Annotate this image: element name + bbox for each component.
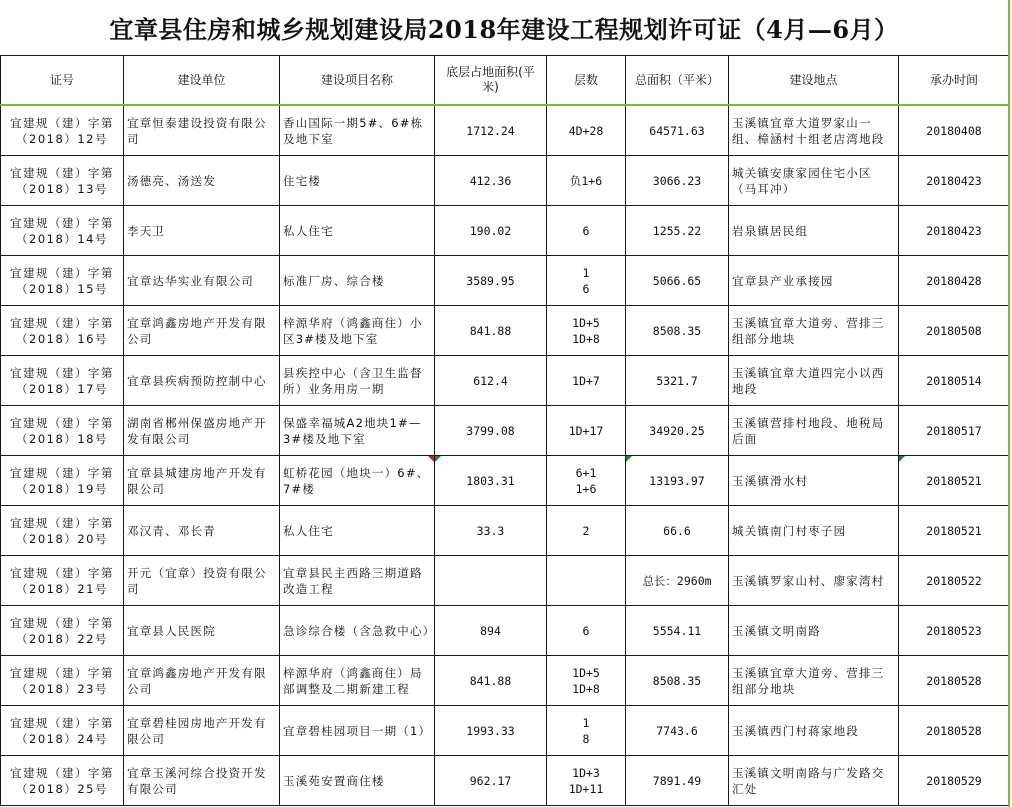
construction-unit-cell[interactable]: 李天卫 xyxy=(124,206,280,256)
base-area-cell[interactable]: 841.88 xyxy=(435,306,547,356)
permit-number-suffix: （2018）20号 xyxy=(4,531,120,547)
permit-number-prefix: 宜建规（建）字第 xyxy=(4,465,120,481)
permit-number-prefix: 宜建规（建）字第 xyxy=(4,265,120,281)
project-name-text: 宜章碧桂园项目一期（1） xyxy=(283,724,431,738)
permit-number-suffix: （2018）17号 xyxy=(4,381,120,397)
location-cell[interactable]: 玉溪镇文明南路与广发路交汇处 xyxy=(729,756,899,806)
base-area-cell[interactable]: 962.17 xyxy=(435,756,547,806)
project-name-cell[interactable]: 宜章碧桂园项目一期（1） xyxy=(280,706,435,756)
construction-unit-cell[interactable]: 湖南省郴州保盛房地产开发有限公司 xyxy=(124,406,280,456)
permit-number-prefix: 宜建规（建）字第 xyxy=(4,665,120,681)
date-cell[interactable]: 20180529 xyxy=(899,756,1010,806)
table-row: 宜建规（建）字第（2018）24号宜章碧桂园房地产开发有限公司宜章碧桂园项目一期… xyxy=(1,706,1010,756)
table-row: 宜建规（建）字第（2018）25号宜章玉溪河综合投资开发有限公司玉溪苑安置商住楼… xyxy=(1,756,1010,806)
permit-number-cell[interactable]: 宜建规（建）字第（2018）18号 xyxy=(1,406,124,456)
header-construction-unit: 建设单位 xyxy=(124,56,280,106)
location-cell[interactable]: 玉溪镇罗家山村、廖家湾村 xyxy=(729,556,899,606)
comment-indicator-icon[interactable] xyxy=(428,456,434,462)
location-cell[interactable]: 宜章县产业承接园 xyxy=(729,256,899,306)
project-name-cell[interactable]: 虹桥花园（地块一）6#、7#楼 xyxy=(280,456,435,506)
floors-line-1: 1D+3 xyxy=(550,765,622,781)
construction-unit-cell[interactable]: 宜章恒泰建设投资有限公司 xyxy=(124,105,280,156)
floors-line-1: 6 xyxy=(550,223,622,239)
project-name-text: 保盛幸福城A2地块1#—3#楼及地下室 xyxy=(283,416,422,446)
project-name-text: 私人住宅 xyxy=(283,524,334,538)
permit-number-suffix: （2018）23号 xyxy=(4,681,120,697)
permit-number-prefix: 宜建规（建）字第 xyxy=(4,315,120,331)
total-area-cell[interactable]: 3066.23 xyxy=(626,156,729,206)
table-row: 宜建规（建）字第（2018）22号宜章县人民医院急诊综合楼（含急救中心）8946… xyxy=(1,606,1010,656)
table-row: 宜建规（建）字第（2018）13号汤德亮、汤送发住宅楼412.36负1+6306… xyxy=(1,156,1010,206)
location-cell[interactable]: 玉溪镇宜章大道旁、营排三组部分地块 xyxy=(729,656,899,706)
total-area-cell[interactable]: 34920.25 xyxy=(626,406,729,456)
permit-table: 证号 建设单位 建设项目名称 底层占地面积(平米) 层数 总面积（平米） 建设地… xyxy=(0,55,1010,806)
permit-number-cell[interactable]: 宜建规（建）字第（2018）21号 xyxy=(1,556,124,606)
date-cell[interactable]: 20180521 xyxy=(899,506,1010,556)
floors-cell[interactable]: 16 xyxy=(547,256,626,306)
location-cell[interactable]: 玉溪镇文明南路 xyxy=(729,606,899,656)
table-row: 宜建规（建）字第（2018）16号宜章鸿鑫房地产开发有限公司梓源华府（鸿鑫商住）… xyxy=(1,306,1010,356)
construction-unit-cell[interactable]: 宜章鸿鑫房地产开发有限公司 xyxy=(124,306,280,356)
date-cell[interactable]: 20180428 xyxy=(899,256,1010,306)
floors-line-1: 1D+17 xyxy=(550,423,622,439)
project-name-text: 县疾控中心（含卫生监督所）业务用房一期 xyxy=(283,366,423,396)
permit-number-cell[interactable]: 宜建规（建）字第（2018）13号 xyxy=(1,156,124,206)
construction-unit-cell[interactable]: 宜章玉溪河综合投资开发有限公司 xyxy=(124,756,280,806)
floors-line-1: 负1+6 xyxy=(550,173,622,189)
project-name-text: 宜章县民主西路三期道路改造工程 xyxy=(283,566,423,596)
permit-number-prefix: 宜建规（建）字第 xyxy=(4,715,120,731)
construction-unit-cell[interactable]: 开元（宜章）投资有限公司 xyxy=(124,556,280,606)
floors-line-1: 1D+5 xyxy=(550,665,622,681)
table-row: 宜建规（建）字第（2018）20号邓汉青、邓长青私人住宅33.3266.6城关镇… xyxy=(1,506,1010,556)
floors-cell[interactable]: 2 xyxy=(547,506,626,556)
permit-number-prefix: 宜建规（建）字第 xyxy=(4,365,120,381)
location-cell[interactable]: 玉溪镇滑水村 xyxy=(729,456,899,506)
location-cell[interactable]: 城关镇南门村枣子园 xyxy=(729,506,899,556)
permit-number-cell[interactable]: 宜建规（建）字第（2018）14号 xyxy=(1,206,124,256)
construction-unit-cell[interactable]: 宜章县人民医院 xyxy=(124,606,280,656)
project-name-text: 私人住宅 xyxy=(283,224,334,238)
permit-number-cell[interactable]: 宜建规（建）字第（2018）24号 xyxy=(1,706,124,756)
permit-number-cell[interactable]: 宜建规（建）字第（2018）23号 xyxy=(1,656,124,706)
date-cell[interactable]: 20180521 xyxy=(899,456,1010,506)
construction-unit-cell[interactable]: 邓汉青、邓长青 xyxy=(124,506,280,556)
permit-number-suffix: （2018）15号 xyxy=(4,281,120,297)
base-area-cell[interactable]: 3799.08 xyxy=(435,406,547,456)
total-area-cell[interactable]: 总长：2960m xyxy=(626,556,729,606)
permit-number-suffix: （2018）22号 xyxy=(4,631,120,647)
project-name-text: 虹桥花园（地块一）6#、7#楼 xyxy=(283,466,429,496)
date-cell[interactable]: 20180514 xyxy=(899,356,1010,406)
permit-number-prefix: 宜建规（建）字第 xyxy=(4,515,120,531)
location-cell[interactable]: 玉溪镇营排村地段、地税局后面 xyxy=(729,406,899,456)
permit-number-cell[interactable]: 宜建规（建）字第（2018）12号 xyxy=(1,105,124,156)
base-area-cell[interactable]: 1712.24 xyxy=(435,105,547,156)
project-name-cell[interactable]: 急诊综合楼（含急救中心） xyxy=(280,606,435,656)
permit-number-suffix: （2018）16号 xyxy=(4,331,120,347)
header-base-area: 底层占地面积(平米) xyxy=(435,56,547,106)
sheet-right-border xyxy=(1008,0,1010,807)
document-title: 宜章县住房和城乡规划建设局2018年建设工程规划许可证（4月—6月） xyxy=(0,0,1008,55)
date-cell[interactable]: 20180423 xyxy=(899,156,1010,206)
floors-cell[interactable]: 6 xyxy=(547,206,626,256)
date-cell[interactable]: 20180408 xyxy=(899,105,1010,156)
table-row: 宜建规（建）字第（2018）15号宜章达华实业有限公司标准厂房、综合楼3589.… xyxy=(1,256,1010,306)
header-floors: 层数 xyxy=(547,56,626,106)
floors-line-1: 4D+28 xyxy=(550,123,622,139)
floors-cell[interactable]: 1D+7 xyxy=(547,356,626,406)
floors-line-2: 1D+8 xyxy=(550,331,622,347)
floors-cell[interactable]: 1D+51D+8 xyxy=(547,656,626,706)
floors-cell[interactable]: 6+11+6 xyxy=(547,456,626,506)
floors-cell[interactable]: 18 xyxy=(547,706,626,756)
table-row: 宜建规（建）字第（2018）18号湖南省郴州保盛房地产开发有限公司保盛幸福城A2… xyxy=(1,406,1010,456)
base-area-cell[interactable]: 190.02 xyxy=(435,206,547,256)
permit-number-suffix: （2018）12号 xyxy=(4,131,120,147)
floors-line-2: 8 xyxy=(550,731,622,747)
project-name-cell[interactable]: 保盛幸福城A2地块1#—3#楼及地下室 xyxy=(280,406,435,456)
table-row: 宜建规（建）字第（2018）23号宜章鸿鑫房地产开发有限公司梓源华府（鸿鑫商住）… xyxy=(1,656,1010,706)
base-area-cell[interactable]: 894 xyxy=(435,606,547,656)
location-cell[interactable]: 玉溪镇宜章大道旁、营排三组部分地块 xyxy=(729,306,899,356)
base-area-cell[interactable]: 1803.31 xyxy=(435,456,547,506)
date-cell[interactable]: 20180508 xyxy=(899,306,1010,356)
permit-number-prefix: 宜建规（建）字第 xyxy=(4,565,120,581)
floors-line-1: 1 xyxy=(550,715,622,731)
base-area-cell[interactable]: 3589.95 xyxy=(435,256,547,306)
permit-number-cell[interactable]: 宜建规（建）字第（2018）25号 xyxy=(1,756,124,806)
construction-unit-cell[interactable]: 宜章鸿鑫房地产开发有限公司 xyxy=(124,656,280,706)
floors-line-1: 6 xyxy=(550,623,622,639)
floors-cell[interactable]: 4D+28 xyxy=(547,105,626,156)
permit-number-suffix: （2018）25号 xyxy=(4,781,120,797)
permit-number-cell[interactable]: 宜建规（建）字第（2018）17号 xyxy=(1,356,124,406)
floors-line-1: 1D+7 xyxy=(550,373,622,389)
project-name-cell[interactable]: 私人住宅 xyxy=(280,206,435,256)
error-indicator-icon[interactable] xyxy=(899,456,905,462)
date-cell[interactable]: 20180528 xyxy=(899,706,1010,756)
project-name-text: 住宅楼 xyxy=(283,174,321,188)
project-name-cell[interactable]: 宜章县民主西路三期道路改造工程 xyxy=(280,556,435,606)
floors-line-2: 1D+11 xyxy=(550,781,622,797)
floors-cell[interactable]: 负1+6 xyxy=(547,156,626,206)
permit-number-prefix: 宜建规（建）字第 xyxy=(4,165,120,181)
project-name-cell[interactable]: 住宅楼 xyxy=(280,156,435,206)
floors-line-2: 1D+8 xyxy=(550,681,622,697)
permit-number-suffix: （2018）18号 xyxy=(4,431,120,447)
permit-number-suffix: （2018）13号 xyxy=(4,181,120,197)
date-cell[interactable]: 20180517 xyxy=(899,406,1010,456)
total-area-cell[interactable]: 13193.97 xyxy=(626,456,729,506)
date-cell[interactable]: 20180423 xyxy=(899,206,1010,256)
construction-unit-cell[interactable]: 汤德亮、汤送发 xyxy=(124,156,280,206)
total-area-cell[interactable]: 8508.35 xyxy=(626,656,729,706)
table-row: 宜建规（建）字第（2018）14号李天卫私人住宅190.0261255.22岩泉… xyxy=(1,206,1010,256)
base-area-cell[interactable]: 412.36 xyxy=(435,156,547,206)
permit-number-cell[interactable]: 宜建规（建）字第（2018）15号 xyxy=(1,256,124,306)
error-indicator-icon[interactable] xyxy=(626,456,632,462)
total-area-cell[interactable]: 7743.6 xyxy=(626,706,729,756)
project-name-text: 急诊综合楼（含急救中心） xyxy=(283,624,435,638)
base-area-cell[interactable]: 841.88 xyxy=(435,656,547,706)
base-area-cell[interactable] xyxy=(435,556,547,606)
permit-number-prefix: 宜建规（建）字第 xyxy=(4,415,120,431)
location-cell[interactable]: 岩泉镇居民组 xyxy=(729,206,899,256)
total-area-cell[interactable]: 8508.35 xyxy=(626,306,729,356)
floors-line-2: 6 xyxy=(550,281,622,297)
project-name-text: 梓源华府（鸿鑫商住）小区3#楼及地下室 xyxy=(283,316,423,346)
date-cell[interactable]: 20180528 xyxy=(899,656,1010,706)
construction-unit-cell[interactable]: 宜章碧桂园房地产开发有限公司 xyxy=(124,706,280,756)
location-cell[interactable]: 玉溪镇西门村蒋家地段 xyxy=(729,706,899,756)
project-name-cell[interactable]: 梓源华府（鸿鑫商住）小区3#楼及地下室 xyxy=(280,306,435,356)
table-header-row: 证号 建设单位 建设项目名称 底层占地面积(平米) 层数 总面积（平米） 建设地… xyxy=(1,56,1010,106)
permit-number-prefix: 宜建规（建）字第 xyxy=(4,765,120,781)
project-name-cell[interactable]: 梓源华府（鸿鑫商住）局部调整及二期新建工程 xyxy=(280,656,435,706)
permit-number-cell[interactable]: 宜建规（建）字第（2018）19号 xyxy=(1,456,124,506)
total-area-cell[interactable]: 1255.22 xyxy=(626,206,729,256)
base-area-cell[interactable]: 1993.33 xyxy=(435,706,547,756)
header-location: 建设地点 xyxy=(729,56,899,106)
project-name-text: 标准厂房、综合楼 xyxy=(283,274,385,288)
permit-number-prefix: 宜建规（建）字第 xyxy=(4,115,120,131)
floors-line-1: 6+1 xyxy=(550,465,622,481)
permit-number-cell[interactable]: 宜建规（建）字第（2018）16号 xyxy=(1,306,124,356)
total-area-cell[interactable]: 5554.11 xyxy=(626,606,729,656)
floors-line-1: 1 xyxy=(550,265,622,281)
project-name-text: 香山国际一期5#、6#栋及地下室 xyxy=(283,116,423,146)
table-row: 宜建规（建）字第（2018）17号宜章县疾病预防控制中心县疾控中心（含卫生监督所… xyxy=(1,356,1010,406)
table-row: 宜建规（建）字第（2018）12号宜章恒泰建设投资有限公司香山国际一期5#、6#… xyxy=(1,105,1010,156)
construction-unit-cell[interactable]: 宜章达华实业有限公司 xyxy=(124,256,280,306)
location-cell[interactable]: 城关镇安康家园住宅小区（马耳冲） xyxy=(729,156,899,206)
total-area-cell[interactable]: 5066.65 xyxy=(626,256,729,306)
total-area-cell[interactable]: 7891.49 xyxy=(626,756,729,806)
floors-cell[interactable]: 1D+51D+8 xyxy=(547,306,626,356)
permit-number-suffix: （2018）19号 xyxy=(4,481,120,497)
total-area-cell[interactable]: 66.6 xyxy=(626,506,729,556)
error-indicator-icon[interactable] xyxy=(435,456,441,462)
table-row: 宜建规（建）字第（2018）19号宜章县城建房地产开发有限公司虹桥花园（地块一）… xyxy=(1,456,1010,506)
project-name-text: 梓源华府（鸿鑫商住）局部调整及二期新建工程 xyxy=(283,666,423,696)
project-name-cell[interactable]: 标准厂房、综合楼 xyxy=(280,256,435,306)
permit-number-suffix: （2018）14号 xyxy=(4,231,120,247)
permit-number-prefix: 宜建规（建）字第 xyxy=(4,215,120,231)
floors-line-1: 2 xyxy=(550,523,622,539)
permit-number-cell[interactable]: 宜建规（建）字第（2018）20号 xyxy=(1,506,124,556)
floors-cell[interactable]: 1D+31D+11 xyxy=(547,756,626,806)
permit-number-suffix: （2018）21号 xyxy=(4,581,120,597)
floors-line-2: 1+6 xyxy=(550,481,622,497)
floors-cell[interactable]: 1D+17 xyxy=(547,406,626,456)
project-name-cell[interactable]: 香山国际一期5#、6#栋及地下室 xyxy=(280,105,435,156)
header-total-area: 总面积（平米） xyxy=(626,56,729,106)
permit-number-cell[interactable]: 宜建规（建）字第（2018）22号 xyxy=(1,606,124,656)
floors-cell[interactable]: 6 xyxy=(547,606,626,656)
location-cell[interactable]: 玉溪镇宜章大道四完小以西地段 xyxy=(729,356,899,406)
base-area-cell[interactable]: 33.3 xyxy=(435,506,547,556)
project-name-cell[interactable]: 玉溪苑安置商住楼 xyxy=(280,756,435,806)
floors-line-1: 1D+5 xyxy=(550,315,622,331)
date-cell[interactable]: 20180522 xyxy=(899,556,1010,606)
date-cell[interactable]: 20180523 xyxy=(899,606,1010,656)
total-area-cell[interactable]: 64571.63 xyxy=(626,105,729,156)
floors-cell[interactable] xyxy=(547,556,626,606)
project-name-cell[interactable]: 私人住宅 xyxy=(280,506,435,556)
header-permit-number: 证号 xyxy=(1,56,124,106)
construction-unit-cell[interactable]: 宜章县城建房地产开发有限公司 xyxy=(124,456,280,506)
total-area-cell[interactable]: 5321.7 xyxy=(626,356,729,406)
permit-number-suffix: （2018）24号 xyxy=(4,731,120,747)
project-name-text: 玉溪苑安置商住楼 xyxy=(283,774,385,788)
table-row: 宜建规（建）字第（2018）21号开元（宜章）投资有限公司宜章县民主西路三期道路… xyxy=(1,556,1010,606)
permit-number-prefix: 宜建规（建）字第 xyxy=(4,615,120,631)
base-area-cell[interactable]: 612.4 xyxy=(435,356,547,406)
header-date: 承办时间 xyxy=(899,56,1010,106)
construction-unit-cell[interactable]: 宜章县疾病预防控制中心 xyxy=(124,356,280,406)
header-project-name: 建设项目名称 xyxy=(280,56,435,106)
project-name-cell[interactable]: 县疾控中心（含卫生监督所）业务用房一期 xyxy=(280,356,435,406)
location-cell[interactable]: 玉溪镇宜章大道罗家山一组、樟涵村十组老店湾地段 xyxy=(729,105,899,156)
